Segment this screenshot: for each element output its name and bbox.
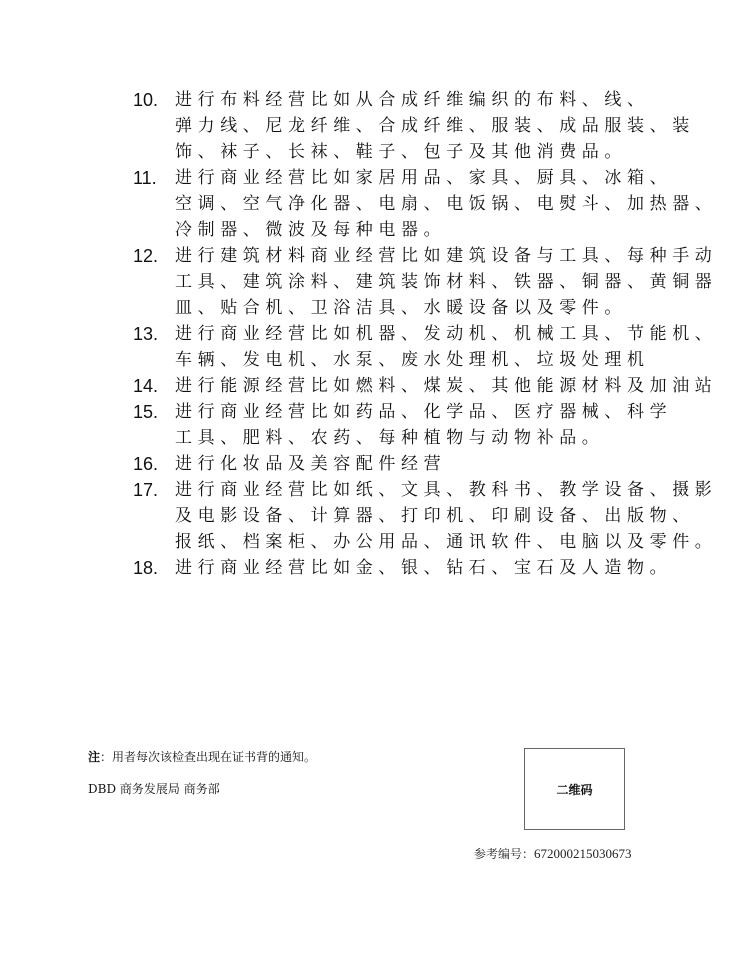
reference-number: 参考编号：672000215030673 xyxy=(474,845,632,862)
item-line: 进行建筑材料商业经营比如建筑设备与工具、每种手动 xyxy=(175,243,717,269)
item-line: 空调、空气净化器、电扇、电饭锅、电熨斗、加热器、 xyxy=(175,191,717,217)
item-line: 报纸、档案柜、办公用品、通讯软件、电脑以及零件。 xyxy=(175,529,717,555)
item-text: 进行商业经营比如药品、化学品、医疗器械、科学 工具、肥料、农药、每种植物与动物补… xyxy=(175,399,672,451)
business-scope-list: 10. 进行布料经营比如从合成纤维编织的布料、线、 弹力线、尼龙纤维、合成纤维、… xyxy=(133,87,653,581)
list-item: 11. 进行商业经营比如家居用品、家具、厨具、冰箱、 空调、空气净化器、电扇、电… xyxy=(133,165,653,243)
item-line: 及电影设备、计算器、打印机、印刷设备、出版物、 xyxy=(175,503,717,529)
item-number: 14. xyxy=(133,373,175,399)
item-text: 进行布料经营比如从合成纤维编织的布料、线、 弹力线、尼龙纤维、合成纤维、服装、成… xyxy=(175,87,695,165)
item-number: 10. xyxy=(133,87,175,165)
footer-note: 注：用者每次该检查出现在证书背的通知。 xyxy=(88,748,316,765)
item-text: 进行化妆品及美容配件经营 xyxy=(175,451,653,477)
list-item: 18. 进行商业经营比如金、银、钻石、宝石及人造物。 xyxy=(133,555,653,581)
item-number: 13. xyxy=(133,321,175,373)
item-line: 弹力线、尼龙纤维、合成纤维、服装、成品服装、装 xyxy=(175,113,695,139)
list-item: 15. 进行商业经营比如药品、化学品、医疗器械、科学 工具、肥料、农药、每种植物… xyxy=(133,399,653,451)
note-text: ：用者每次该检查出现在证书背的通知。 xyxy=(100,750,316,764)
list-item: 12. 进行建筑材料商业经营比如建筑设备与工具、每种手动 工具、建筑涂料、建筑装… xyxy=(133,243,653,321)
item-line: 进行商业经营比如纸、文具、教科书、教学设备、摄影 xyxy=(175,477,717,503)
item-number: 15. xyxy=(133,399,175,451)
item-text: 进行商业经营比如纸、文具、教科书、教学设备、摄影 及电影设备、计算器、打印机、印… xyxy=(175,477,717,555)
item-line: 进行能源经营比如燃料、煤炭、其他能源材料及加油站 xyxy=(175,373,717,399)
item-line: 工具、建筑涂料、建筑装饰材料、铁器、铜器、黄铜器 xyxy=(175,269,717,295)
item-line: 饰、袜子、长袜、鞋子、包子及其他消费品。 xyxy=(175,139,695,165)
list-item: 13. 进行商业经营比如机器、发动机、机械工具、节能机、 车辆、发电机、水泵、废… xyxy=(133,321,653,373)
item-number: 17. xyxy=(133,477,175,555)
item-text: 进行商业经营比如金、银、钻石、宝石及人造物。 xyxy=(175,555,672,581)
item-line: 工具、肥料、农药、每种植物与动物补品。 xyxy=(175,425,672,451)
item-line: 进行化妆品及美容配件经营 xyxy=(175,451,653,477)
item-number: 11. xyxy=(133,165,175,243)
qr-label: 二维码 xyxy=(556,781,592,798)
item-line: 进行商业经营比如家居用品、家具、厨具、冰箱、 xyxy=(175,165,717,191)
item-line: 车辆、发电机、水泵、废水处理机、垃圾处理机 xyxy=(175,347,717,373)
qr-code-placeholder: 二维码 xyxy=(524,748,625,830)
list-item: 16. 进行化妆品及美容配件经营 xyxy=(133,451,653,477)
item-line: 进行布料经营比如从合成纤维编织的布料、线、 xyxy=(175,87,695,113)
item-line: 进行商业经营比如金、银、钻石、宝石及人造物。 xyxy=(175,555,672,581)
issuing-organization: DBD 商务发展局 商务部 xyxy=(88,780,220,797)
list-item: 17. 进行商业经营比如纸、文具、教科书、教学设备、摄影 及电影设备、计算器、打… xyxy=(133,477,653,555)
item-text: 进行能源经营比如燃料、煤炭、其他能源材料及加油站 xyxy=(175,373,717,399)
item-line: 皿、贴合机、卫浴洁具、水暖设备以及零件。 xyxy=(175,295,717,321)
list-item: 10. 进行布料经营比如从合成纤维编织的布料、线、 弹力线、尼龙纤维、合成纤维、… xyxy=(133,87,653,165)
item-line: 进行商业经营比如机器、发动机、机械工具、节能机、 xyxy=(175,321,717,347)
note-label: 注 xyxy=(88,750,100,764)
ref-value: 672000215030673 xyxy=(534,846,632,861)
list-item: 14. 进行能源经营比如燃料、煤炭、其他能源材料及加油站 xyxy=(133,373,653,399)
item-text: 进行商业经营比如家居用品、家具、厨具、冰箱、 空调、空气净化器、电扇、电饭锅、电… xyxy=(175,165,717,243)
item-line: 冷制器、微波及每种电器。 xyxy=(175,217,717,243)
item-number: 18. xyxy=(133,555,175,581)
ref-label: 参考编号： xyxy=(474,847,534,861)
item-number: 16. xyxy=(133,451,175,477)
item-text: 进行建筑材料商业经营比如建筑设备与工具、每种手动 工具、建筑涂料、建筑装饰材料、… xyxy=(175,243,717,321)
item-number: 12. xyxy=(133,243,175,321)
item-text: 进行商业经营比如机器、发动机、机械工具、节能机、 车辆、发电机、水泵、废水处理机… xyxy=(175,321,717,373)
item-line: 进行商业经营比如药品、化学品、医疗器械、科学 xyxy=(175,399,672,425)
